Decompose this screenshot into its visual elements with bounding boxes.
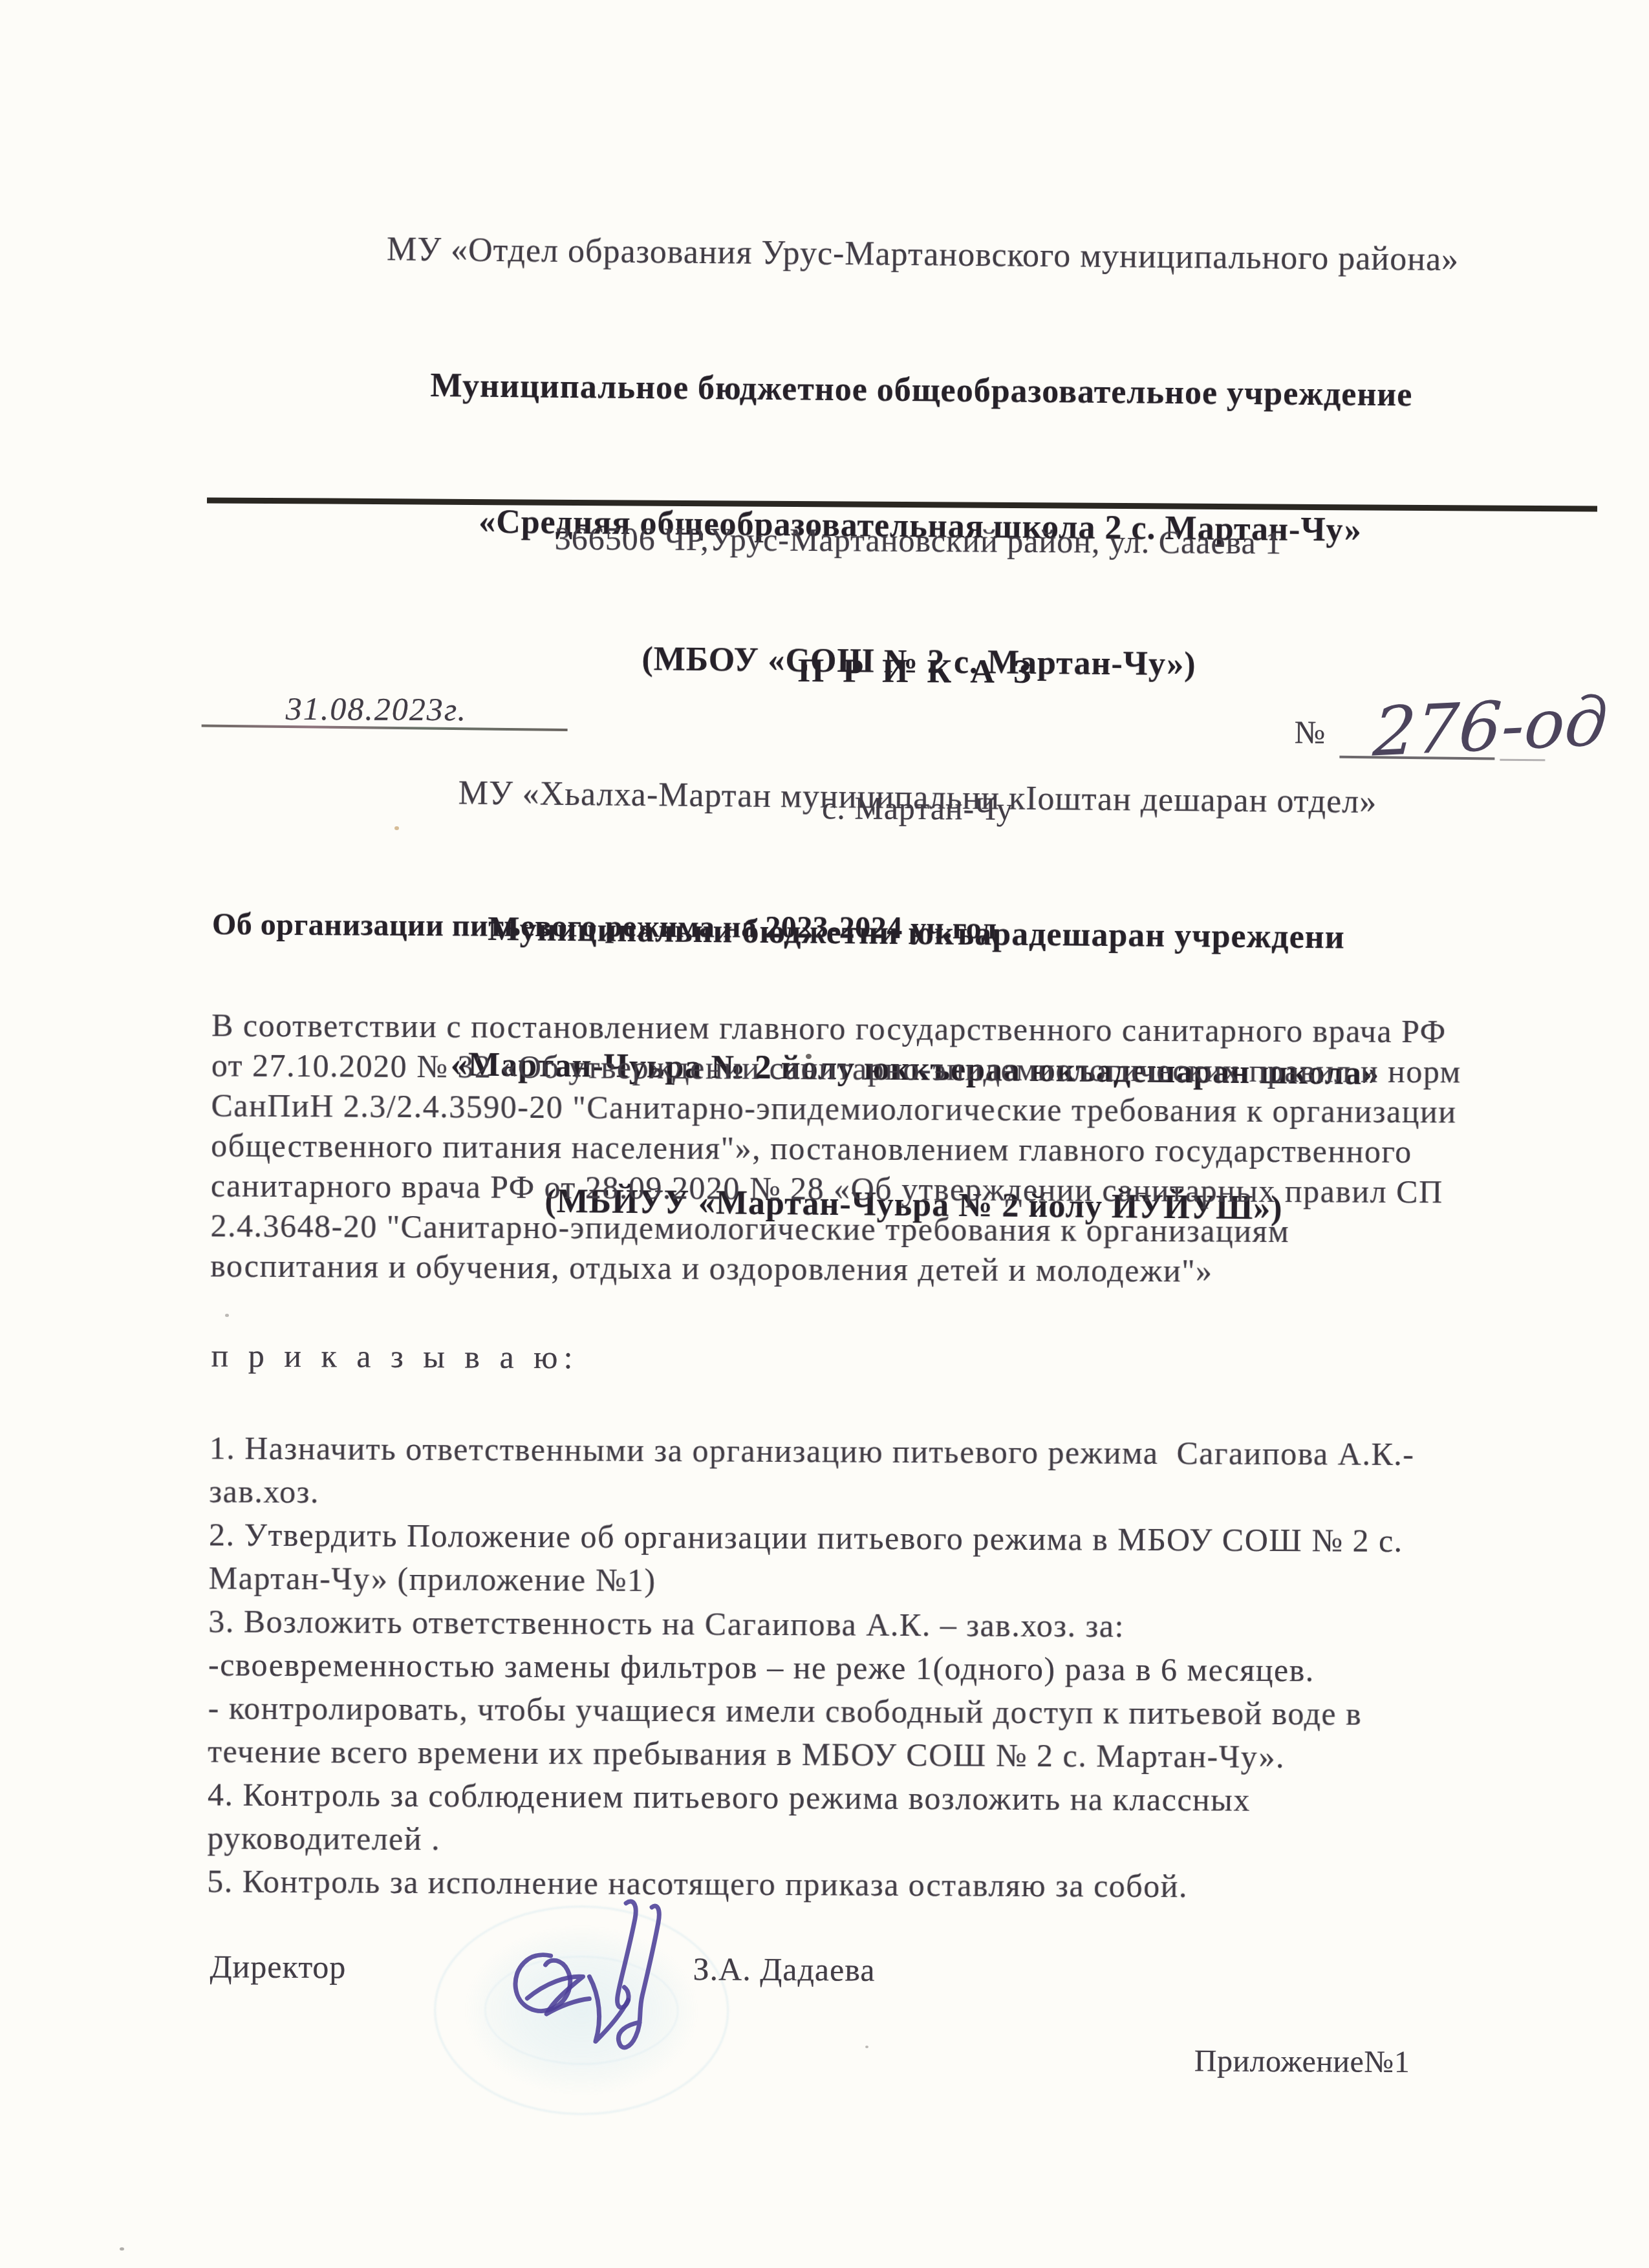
order-item-line: 5. Контроль за исполнение насотящего при…: [207, 1859, 1412, 1909]
preamble-line: В соответствии с постановлением главного…: [211, 1005, 1461, 1051]
scan-speck: [120, 2247, 124, 2251]
preamble-line: общественного питания населения"», поста…: [211, 1125, 1461, 1171]
order-item-line: Мартан-Чу» (приложение №1): [209, 1556, 1414, 1606]
preamble-line: воспитания и обучения, отдыха и оздоровл…: [210, 1245, 1460, 1292]
scan-speck: [225, 1314, 229, 1317]
order-item-line: зав.хоз.: [209, 1470, 1414, 1519]
preamble-line: санитарного врача РФ от 28.09.2020 № 28 …: [211, 1165, 1461, 1212]
order-place: с. Мартан-Чу: [822, 789, 1013, 828]
order-item-line: -своевременностью замены фильтров – не р…: [208, 1643, 1414, 1693]
order-item-line: 2. Утвердить Положение об организации пи…: [209, 1513, 1414, 1563]
order-preamble: В соответствии с постановлением главного…: [210, 1005, 1461, 1292]
director-signature: [473, 1896, 667, 2059]
order-item-line: - контролировать, чтобы учащиеся имели с…: [208, 1686, 1413, 1736]
order-item-line: 4. Контроль за соблюдением питьевого реж…: [208, 1773, 1413, 1823]
scan-speck: [865, 2046, 868, 2048]
scanned-order-page: МУ «Отдел образования Урус-Мартановского…: [0, 0, 1649, 2268]
scan-speck: [394, 826, 399, 830]
director-name: З.А. Дадаева: [693, 1950, 875, 1988]
order-items: 1. Назначить ответственными за организац…: [207, 1426, 1414, 1909]
attachment-note: Приложение№1: [1194, 2043, 1410, 2080]
preamble-line: СанПиН 2.3/2.4.3590-20 "Санитарно-эпидем…: [211, 1085, 1461, 1131]
scan-speck: [806, 1054, 812, 1059]
preamble-line: от 27.10.2020 № 32 «Об утверждении санит…: [211, 1045, 1461, 1091]
director-label: Директор: [210, 1947, 346, 1985]
decree-word: п р и к а з ы в а ю:: [211, 1336, 578, 1376]
order-date: 31.08.2023г.: [286, 690, 468, 728]
order-subject: Об организации питьевого режима на 2023-…: [212, 906, 997, 946]
order-body: П Р И К А З 31.08.2023г. № 276-од с. Мар…: [0, 0, 1649, 2268]
number-underline-tail: [1500, 759, 1545, 761]
order-title: П Р И К А З: [798, 652, 1037, 691]
order-number-label: №: [1294, 713, 1325, 751]
order-item-line: 1. Назначить ответственными за организац…: [210, 1426, 1415, 1476]
order-item-line: 3. Возложить ответственность на Сагаипов…: [208, 1599, 1414, 1649]
preamble-line: 2.4.3648-20 "Санитарно-эпидемиологически…: [210, 1205, 1460, 1252]
order-item-line: руководителей .: [207, 1816, 1412, 1866]
order-item-line: течение всего времени их пребывания в МБ…: [208, 1729, 1413, 1779]
